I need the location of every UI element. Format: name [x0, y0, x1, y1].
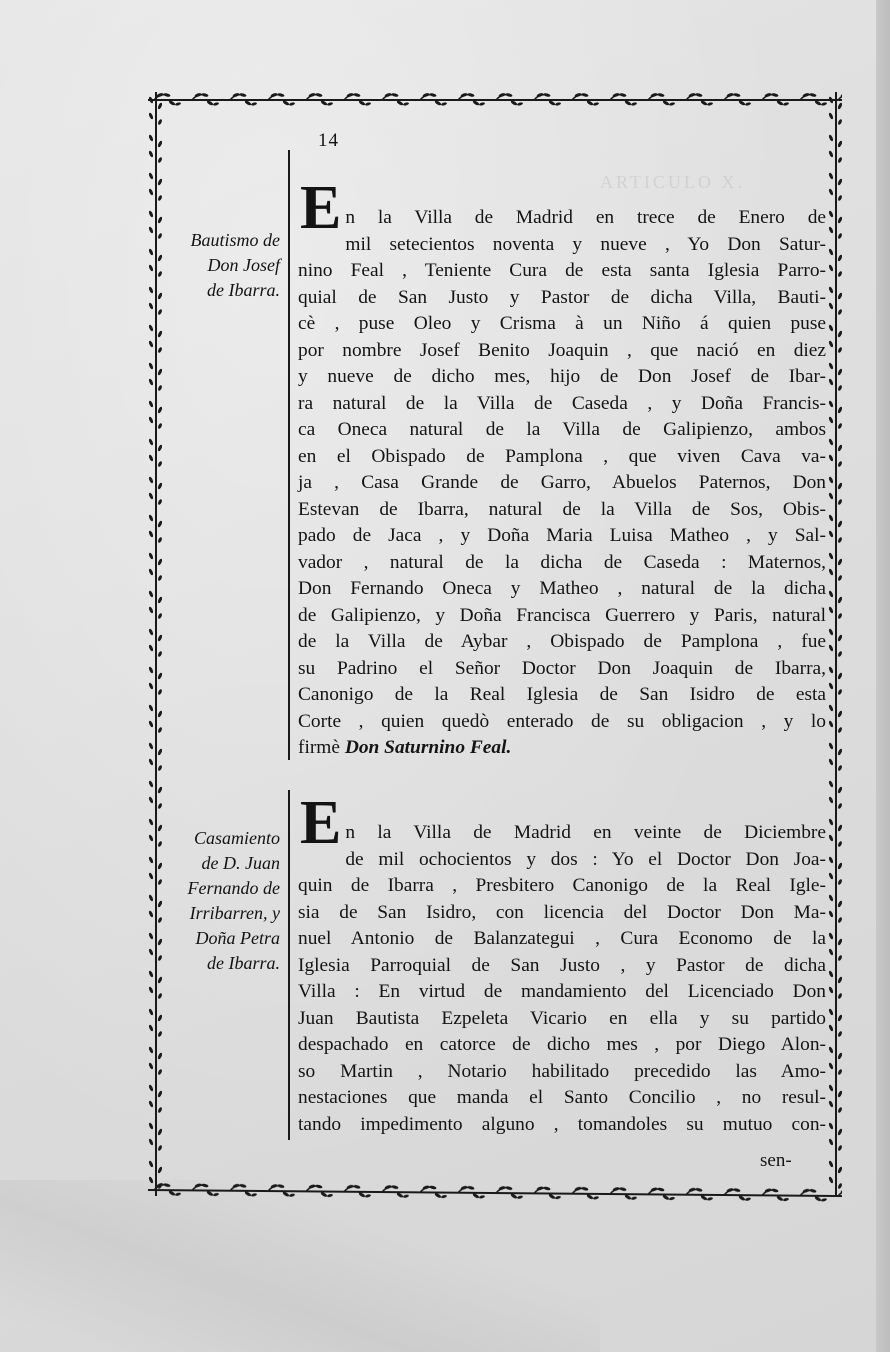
page-number: 14	[318, 130, 339, 152]
text-line: de mil ochocientos y dos : Yo el Doctor …	[298, 847, 826, 874]
text-line-signature: firmè Don Saturnino Feal.	[298, 735, 826, 762]
signature: Don Saturnino Feal.	[345, 737, 512, 758]
signature-prefix: firmè	[298, 737, 345, 758]
drop-cap: E	[300, 183, 341, 235]
text-line: Canonigo de la Real Iglesia de San Isidr…	[298, 682, 826, 709]
text-line: y nueve de dicho mes, hijo de Don Josef …	[298, 364, 826, 391]
text-line: de la Villa de Aybar , Obispado de Pampl…	[298, 629, 826, 656]
text-line: pado de Jaca , y Doña Maria Luisa Matheo…	[298, 523, 826, 550]
text-line: sia de San Isidro, con licencia del Doct…	[298, 900, 826, 927]
entry-marriage: E n la Villa de Madrid en veinte de Dici…	[298, 820, 826, 1138]
text-line: tando impedimento alguno , tomandoles su…	[298, 1112, 826, 1139]
margin-note-line: Casamiento	[152, 826, 280, 851]
margin-note-line: de Ibarra.	[152, 951, 280, 976]
text-line: mil setecientos noventa y nueve , Yo Don…	[298, 232, 826, 259]
text-line: Juan Bautista Ezpeleta Vicario en ella y…	[298, 1006, 826, 1033]
margin-rule-2	[288, 790, 290, 1140]
page-edge	[876, 0, 890, 1352]
margin-note-line: de Ibarra.	[152, 278, 280, 303]
text-line: nestaciones que manda el Santo Concilio …	[298, 1085, 826, 1112]
margin-note-line: Irribarren, y	[152, 901, 280, 926]
text-line: Villa : En virtud de mandamiento del Lic…	[298, 979, 826, 1006]
text-line: cè , puse Oleo y Crisma à un Niño á quie…	[298, 311, 826, 338]
text-line: ca Oneca natural de la Villa de Galipien…	[298, 417, 826, 444]
text-line: nuel Antonio de Balanzategui , Cura Econ…	[298, 926, 826, 953]
border-top-vine	[148, 92, 842, 106]
margin-note-baptism: Bautismo de Don Josef de Ibarra.	[152, 228, 280, 303]
text-line: ra natural de la Villa de Caseda , y Doñ…	[298, 391, 826, 418]
margin-rule-1	[288, 150, 290, 760]
page-shadow	[0, 1180, 600, 1352]
text-line: quial de San Justo y Pastor de dicha Vil…	[298, 285, 826, 312]
text-line: despachado en catorce de dicho mes , por…	[298, 1032, 826, 1059]
margin-note-line: Don Josef	[152, 253, 280, 278]
text-line: su Padrino el Señor Doctor Don Joaquin d…	[298, 656, 826, 683]
text-line: en el Obispado de Pamplona , que viven C…	[298, 444, 826, 471]
margin-note-line: de D. Juan	[152, 851, 280, 876]
text-line: n la Villa de Madrid en veinte de Diciem…	[298, 820, 826, 847]
text-line: Iglesia Parroquial de San Justo , y Past…	[298, 953, 826, 980]
text-line: vador , natural de la dicha de Caseda : …	[298, 550, 826, 577]
text-line: por nombre Josef Benito Joaquin , que na…	[298, 338, 826, 365]
margin-note-marriage: Casamiento de D. Juan Fernando de Irriba…	[152, 826, 280, 976]
margin-note-line: Doña Petra	[152, 926, 280, 951]
border-right-vine	[828, 92, 842, 1196]
entry-baptism: E n la Villa de Madrid en trece de Enero…	[298, 205, 826, 762]
text-line: Corte , quien quedò enterado de su oblig…	[298, 709, 826, 736]
text-line: quin de Ibarra , Presbitero Canonigo de …	[298, 873, 826, 900]
text-line: nino Feal , Teniente Cura de esta santa …	[298, 258, 826, 285]
catchword: sen-	[760, 1150, 792, 1172]
text-line: Estevan de Ibarra, natural de la Villa d…	[298, 497, 826, 524]
text-line: Don Fernando Oneca y Matheo , natural de…	[298, 576, 826, 603]
text-line: de Galipienzo, y Doña Francisca Guerrero…	[298, 603, 826, 630]
text-line: so Martin , Notario habilitado precedido…	[298, 1059, 826, 1086]
margin-note-line: Bautismo de	[152, 228, 280, 253]
margin-note-line: Fernando de	[152, 876, 280, 901]
text-line: n la Villa de Madrid en trece de Enero d…	[298, 205, 826, 232]
drop-cap: E	[300, 798, 341, 850]
text-line: ja , Casa Grande de Garro, Abuelos Pater…	[298, 470, 826, 497]
